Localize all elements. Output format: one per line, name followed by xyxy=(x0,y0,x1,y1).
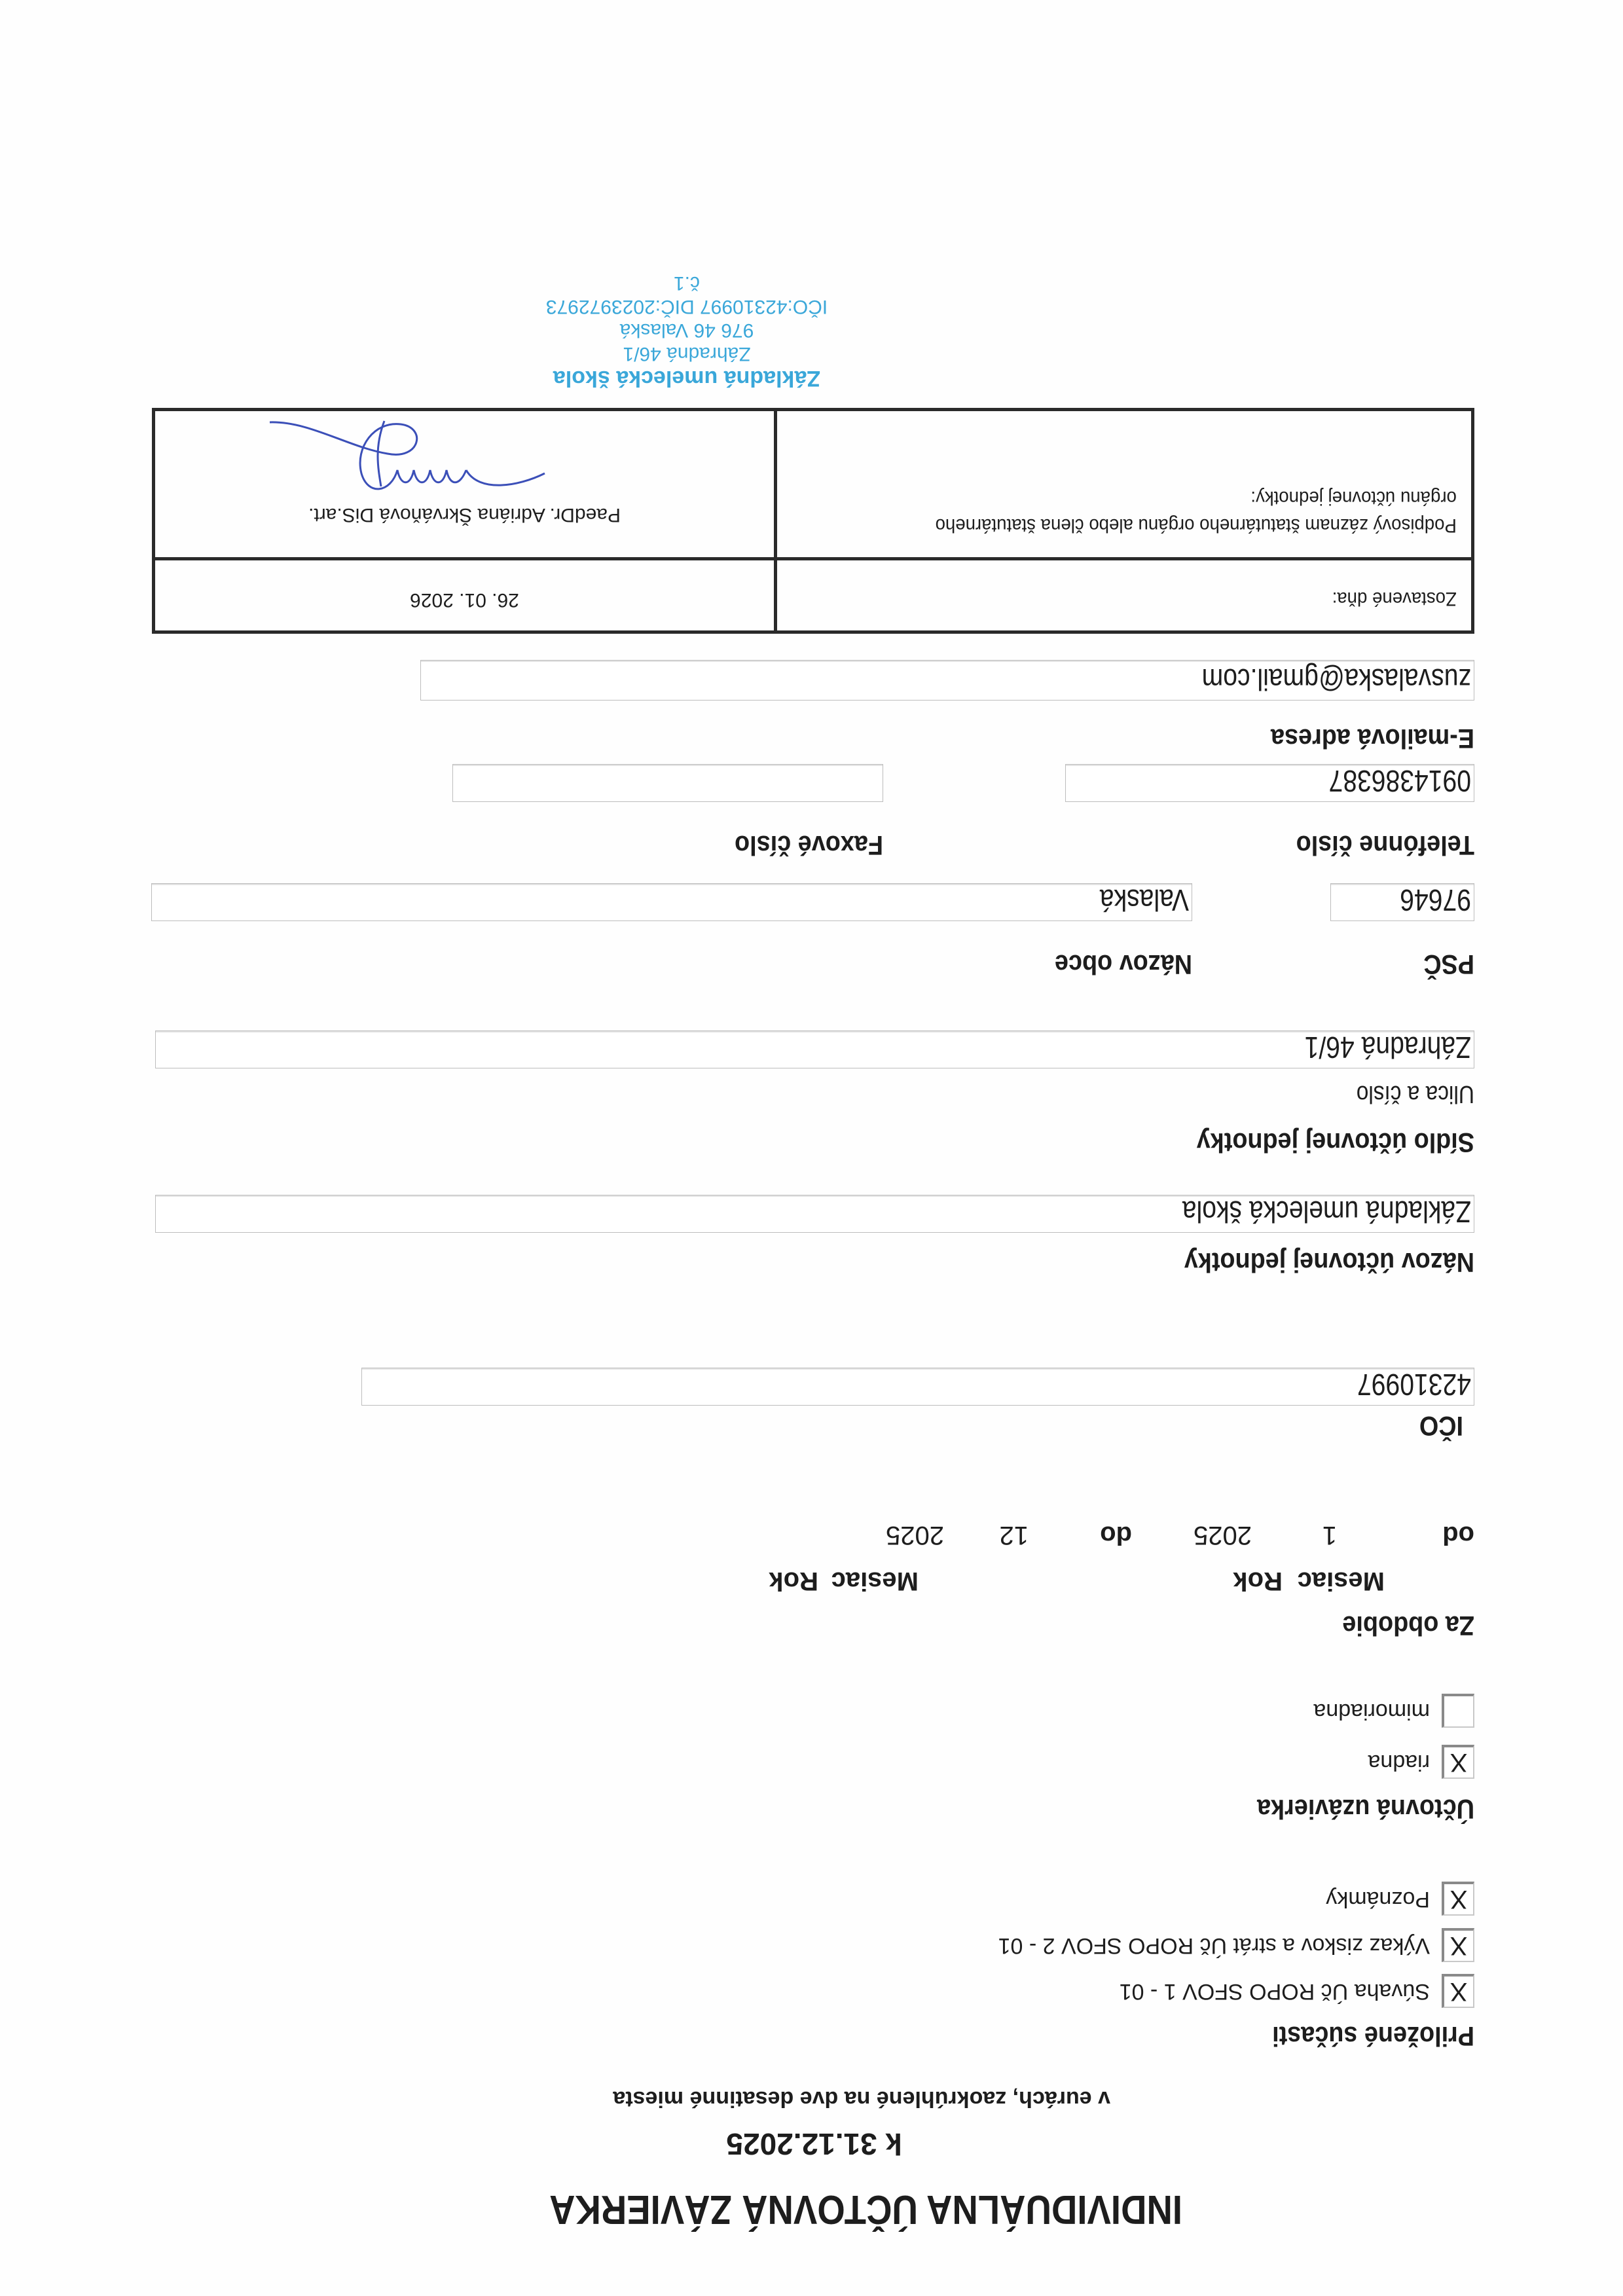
compiled-date-label: Zostavené dňa: xyxy=(833,585,1471,630)
zip-field[interactable]: 97646 xyxy=(1330,883,1474,921)
stamp-line-number: č.1 xyxy=(471,271,903,295)
entity-name-label: Názov účtovnej jednotky xyxy=(1184,1247,1474,1278)
attachment-label-pnl: Výkaz ziskov a strát Úč ROPO SFOV 2 - 01 xyxy=(998,1933,1430,1958)
signature-label-cell: Podpisový záznam štatutárneho orgánu ale… xyxy=(776,410,1473,559)
signature-table: Zostavené dňa: 26. 01. 2026 Podpisový zá… xyxy=(152,408,1474,634)
email-field[interactable]: zusvalaska@gmail.com xyxy=(420,660,1474,701)
compiled-date-value-cell: 26. 01. 2026 xyxy=(154,559,776,632)
street-label: Ulica a číslo xyxy=(1357,1080,1474,1108)
attachments-heading: Priložené súčasti xyxy=(1272,2020,1474,2052)
period-to-month: 12 xyxy=(1000,1520,1029,1550)
ico-label: IČO xyxy=(1419,1410,1463,1442)
stamp-line-street: Záhradná 46/1 xyxy=(471,342,903,365)
city-value: Valaská xyxy=(1100,883,1189,918)
stamp-line-city: 976 46 Valaská xyxy=(471,318,903,342)
ico-field[interactable]: 42310997 xyxy=(361,1368,1474,1406)
fax-label: Faxové číslo xyxy=(735,829,883,861)
email-label: E-mailová adresa xyxy=(1271,723,1474,754)
period-heading: Za obdobie xyxy=(1342,1610,1474,1641)
closing-type-checkbox-extraordinary[interactable] xyxy=(1442,1694,1474,1728)
document-title: INDIVIDUÁLNA ÚČTOVNÁ ZÁVIERKA xyxy=(549,2186,1182,2232)
attachment-label-balance: Súvaha Úč ROPO SFOV 1 - 01 xyxy=(1120,1978,1430,2004)
closing-type-label-extraordinary: mimoriadna xyxy=(1313,1698,1430,1724)
fax-field[interactable] xyxy=(452,764,883,802)
entity-name-value: Základná umelecká škola xyxy=(1182,1194,1471,1230)
city-field[interactable]: Valaská xyxy=(151,883,1192,921)
signature-label: Podpisový záznam štatutárneho orgánu ale… xyxy=(879,484,1471,557)
handwritten-signature-icon xyxy=(257,414,558,500)
entity-name-field[interactable]: Základná umelecká škola xyxy=(155,1195,1474,1233)
currency-note: v eurách, zaokrúhlené na dve desatinné m… xyxy=(613,2086,1110,2111)
zip-value: 97646 xyxy=(1400,883,1471,918)
city-label: Názov obce xyxy=(1055,949,1192,980)
as-of-date: k 31.12.2025 xyxy=(726,2126,902,2162)
period-to-month-label: Mesiac xyxy=(831,1566,919,1595)
compiled-date-label-cell: Zostavené dňa: xyxy=(776,559,1473,632)
attachment-checkbox-pnl[interactable]: X xyxy=(1442,1928,1474,1962)
period-to-year: 2025 xyxy=(886,1520,944,1550)
street-value: Záhradná 46/1 xyxy=(1305,1030,1471,1065)
organization-stamp: Základná umelecká škola Záhradná 46/1 97… xyxy=(471,271,903,391)
signature-value-cell: PaedDr. Adriána Škrváňová DiS.art. xyxy=(154,410,776,559)
closing-type-heading: Účtovná uzávierka xyxy=(1257,1793,1474,1825)
zip-label: PSČ xyxy=(1423,949,1474,980)
closing-type-label-regular: riadna xyxy=(1368,1749,1430,1775)
document-page: INDIVIDUÁLNA ÚČTOVNÁ ZÁVIERKA k 31.12.20… xyxy=(0,0,1623,2296)
stamp-line-ids: IČO:42310997 DIČ:2023972973 xyxy=(471,295,903,318)
street-field[interactable]: Záhradná 46/1 xyxy=(155,1030,1474,1068)
period-to-label: do xyxy=(1100,1520,1132,1550)
period-from-month-label: Mesiac xyxy=(1298,1566,1385,1595)
period-from-year-label: Rok xyxy=(1233,1566,1283,1595)
phone-label: Telefónne číslo xyxy=(1296,829,1474,861)
period-from-month: 1 xyxy=(1322,1520,1337,1550)
email-value: zusvalaska@gmail.com xyxy=(1202,662,1471,697)
compiled-date-value: 26. 01. 2026 xyxy=(155,589,774,630)
attachment-label-notes: Poznámky xyxy=(1326,1886,1430,1912)
stamp-line-name: Základná umelecká škola xyxy=(471,365,903,391)
period-from-label: od xyxy=(1442,1520,1474,1550)
period-to-year-label: Rok xyxy=(769,1566,818,1595)
ico-value: 42310997 xyxy=(1357,1367,1471,1402)
signatory-name: PaedDr. Adriána Škrváňová DiS.art. xyxy=(155,503,774,557)
attachment-checkbox-balance[interactable]: X xyxy=(1442,1974,1474,2008)
period-from-year: 2025 xyxy=(1194,1520,1252,1550)
attachment-checkbox-notes[interactable]: X xyxy=(1442,1882,1474,1916)
phone-field[interactable]: 0914386387 xyxy=(1065,764,1474,802)
closing-type-checkbox-regular[interactable]: X xyxy=(1442,1745,1474,1779)
seat-heading: Sídlo účtovnej jednotky xyxy=(1197,1127,1474,1158)
phone-value: 0914386387 xyxy=(1329,763,1471,799)
